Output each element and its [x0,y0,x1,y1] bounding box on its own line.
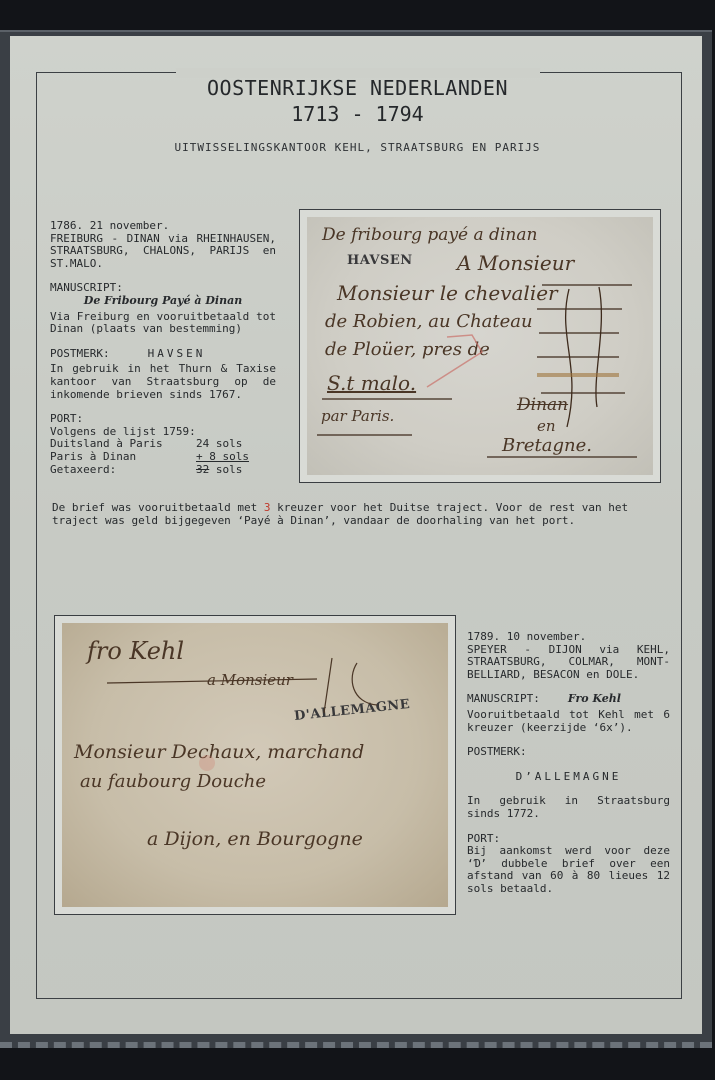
letter-image-1786: De fribourg payé a dinan HAVSEN A Monsie… [299,209,661,483]
highlight-amount: 3 [264,501,271,514]
entry2-manuscript-text: Fro Kehl [568,693,621,706]
entry1-postmark-desc: In gebruik in het Thurn & Taxise kantoor… [50,363,276,401]
entry1-port-label: PORT: [50,413,276,426]
port-row: Getaxeerd: 32 sols [50,464,276,477]
entry2-date: 1789. 10 november. [467,631,670,644]
entry2-manuscript-label: MANUSCRIPT: [467,693,540,706]
strike-lines [307,217,653,475]
entry2-manuscript-heading: MANUSCRIPT: Fro Kehl [467,693,670,706]
struck-amount: 32 [196,463,209,476]
entry2-postmark-label: POSTMERK: [467,746,670,759]
entry1-postmark-heading: POSTMERK: HAVSEN [50,348,276,361]
entry2-postmark-desc: In gebruik in Straatsburg sinds 1772. [467,795,670,820]
pen-strokes [62,623,448,907]
entry2-manuscript-desc: Vooruitbetaald tot Kehl met 6 kreuzer (k… [467,709,670,734]
entry2-postmark-name: D’ALLEMAGNE [467,771,670,784]
entry1-postmark-label: POSTMERK: [50,348,110,361]
entry2-port-desc: Bij aankomst werd voor deze ‘Ɗ’ dubbele … [467,845,670,895]
page-title: OOSTENRIJKSE NEDERLANDEN [0,76,715,100]
entry1-route: FREIBURG - DINAN via RHEINHAUSEN, STRAAT… [50,233,276,271]
entry1-postmark-name: HAVSEN [148,348,206,361]
entry1-date: 1786. 21 november. [50,220,276,233]
page-subtitle: UITWISSELINGSKANTOOR KEHL, STRAATSBURG E… [0,141,715,154]
letter-image-1789: fro Kehl a Monsieur D'ALLEMAGNE Monsieur… [54,615,456,915]
entry1-manuscript-text: De Fribourg Payé à Dinan [50,295,276,308]
entry1-description: 1786. 21 november. FREIBURG - DINAN via … [50,220,276,476]
entry2-route: SPEYER - DIJON via KEHL, STRAATSBURG, CO… [467,644,670,682]
entry1-manuscript-desc: Via Freiburg en vooruitbetaald tot Dinan… [50,311,276,336]
entry1-note: De brief was vooruitbetaald met 3 kreuze… [52,502,674,527]
entry2-description: 1789. 10 november. SPEYER - DIJON via KE… [467,631,670,896]
page-years: 1713 - 1794 [0,102,715,126]
